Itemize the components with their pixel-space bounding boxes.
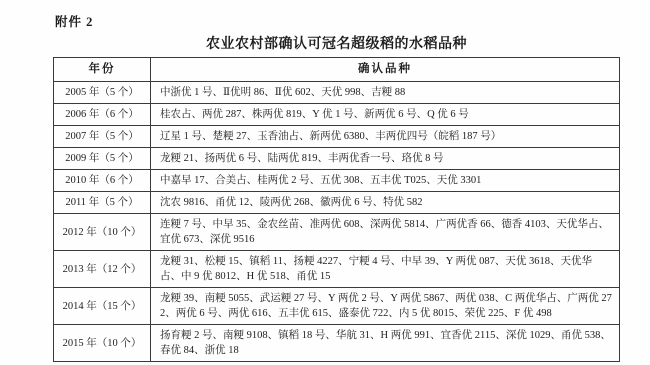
column-header-year: 年份 bbox=[54, 58, 151, 82]
year-cell: 2012 年（10 个） bbox=[54, 214, 151, 251]
column-header-varieties: 确认品种 bbox=[151, 58, 620, 82]
varieties-cell: 桂农占、两优 287、株两优 819、Y 优 1 号、新两优 6 号、Q 优 6… bbox=[151, 104, 620, 126]
year-cell: 2010 年（6 个） bbox=[54, 170, 151, 192]
year-cell: 2015 年（10 个） bbox=[54, 325, 151, 362]
varieties-cell: 连粳 7 号、中早 35、金农丝苗、准两优 608、深两优 5814、广两优香 … bbox=[151, 214, 620, 251]
year-cell: 2014 年（15 个） bbox=[54, 288, 151, 325]
table-row: 2006 年（6 个）桂农占、两优 287、株两优 819、Y 优 1 号、新两… bbox=[54, 104, 620, 126]
document-page: 附件 2 农业农村部确认可冠名超级稻的水稻品种 年份 确认品种 2005 年（5… bbox=[0, 0, 650, 365]
table-row: 2009 年（5 个）龙粳 21、扬两优 6 号、陆两优 819、丰两优香一号、… bbox=[54, 148, 620, 170]
table-row: 2011 年（5 个）沈农 9816、甬优 12、陵两优 268、徽两优 6 号… bbox=[54, 192, 620, 214]
table-row: 2012 年（10 个）连粳 7 号、中早 35、金农丝苗、准两优 608、深两… bbox=[54, 214, 620, 251]
varieties-cell: 龙粳 39、南粳 5055、武运粳 27 号、Y 两优 2 号、Y 两优 586… bbox=[151, 288, 620, 325]
header-row: 年份 确认品种 bbox=[54, 58, 620, 82]
year-cell: 2005 年（5 个） bbox=[54, 82, 151, 104]
table-row: 2007 年（5 个）辽星 1 号、楚粳 27、玉香油占、新两优 6380、丰两… bbox=[54, 126, 620, 148]
year-cell: 2011 年（5 个） bbox=[54, 192, 151, 214]
page-title: 农业农村部确认可冠名超级稻的水稻品种 bbox=[53, 33, 620, 53]
varieties-cell: 中浙优 1 号、Ⅱ优明 86、Ⅱ优 602、天优 998、吉粳 88 bbox=[151, 82, 620, 104]
varieties-cell: 中嘉早 17、合美占、桂两优 2 号、五优 308、五丰优 T025、天优 33… bbox=[151, 170, 620, 192]
table-row: 2015 年（10 个）扬育粳 2 号、南粳 9108、镇稻 18 号、华航 3… bbox=[54, 325, 620, 362]
varieties-cell: 沈农 9816、甬优 12、陵两优 268、徽两优 6 号、特优 582 bbox=[151, 192, 620, 214]
year-cell: 2013 年（12 个） bbox=[54, 251, 151, 288]
super-rice-table: 年份 确认品种 2005 年（5 个）中浙优 1 号、Ⅱ优明 86、Ⅱ优 602… bbox=[53, 57, 620, 362]
year-cell: 2009 年（5 个） bbox=[54, 148, 151, 170]
varieties-cell: 龙粳 31、松粳 15、镇稻 11、扬粳 4227、宁粳 4 号、中早 39、Y… bbox=[151, 251, 620, 288]
table-row: 2014 年（15 个）龙粳 39、南粳 5055、武运粳 27 号、Y 两优 … bbox=[54, 288, 620, 325]
table-row: 2010 年（6 个）中嘉早 17、合美占、桂两优 2 号、五优 308、五丰优… bbox=[54, 170, 620, 192]
year-cell: 2007 年（5 个） bbox=[54, 126, 151, 148]
year-cell: 2006 年（6 个） bbox=[54, 104, 151, 126]
varieties-cell: 龙粳 21、扬两优 6 号、陆两优 819、丰两优香一号、珞优 8 号 bbox=[151, 148, 620, 170]
varieties-cell: 扬育粳 2 号、南粳 9108、镇稻 18 号、华航 31、H 两优 991、宜… bbox=[151, 325, 620, 362]
table-row: 2005 年（5 个）中浙优 1 号、Ⅱ优明 86、Ⅱ优 602、天优 998、… bbox=[54, 82, 620, 104]
table-row: 2013 年（12 个）龙粳 31、松粳 15、镇稻 11、扬粳 4227、宁粳… bbox=[54, 251, 620, 288]
varieties-cell: 辽星 1 号、楚粳 27、玉香油占、新两优 6380、丰两优四号（皖稻 187 … bbox=[151, 126, 620, 148]
table-header: 年份 确认品种 bbox=[54, 58, 620, 82]
attachment-label: 附件 2 bbox=[55, 12, 93, 30]
table-body: 2005 年（5 个）中浙优 1 号、Ⅱ优明 86、Ⅱ优 602、天优 998、… bbox=[54, 82, 620, 362]
